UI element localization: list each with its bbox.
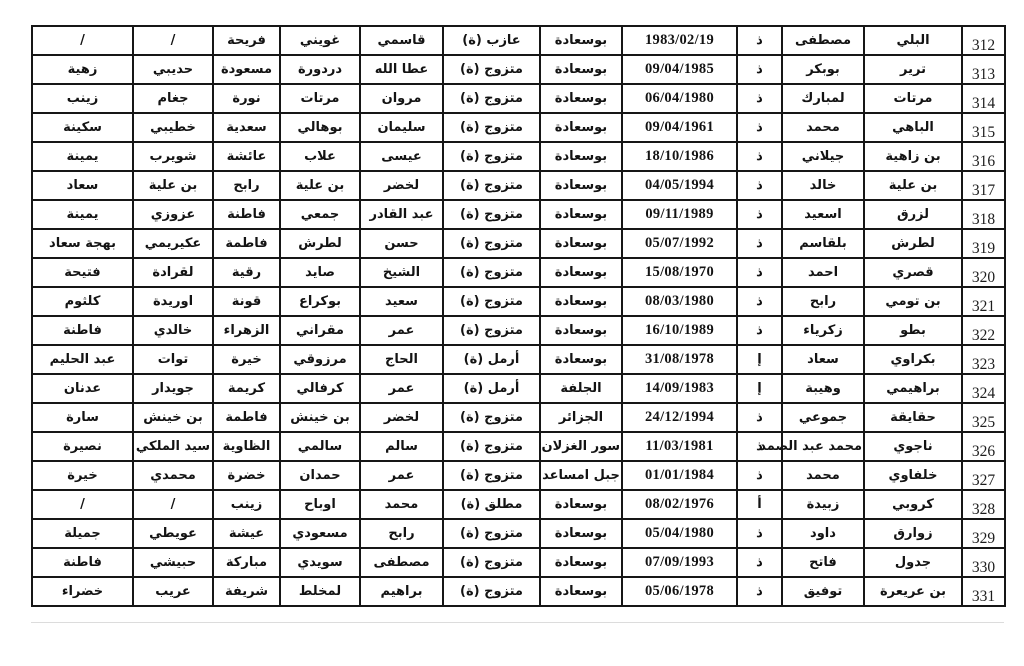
cell-first_name: محمد عبد الصمد — [782, 432, 864, 461]
cell-father_name: لخضر — [360, 403, 443, 432]
cell-marital_status: أرمل (ة) — [443, 374, 540, 403]
surname-value: ترير — [900, 62, 926, 77]
cell-num: 324 — [962, 374, 1005, 403]
cell-mother_surname: بوكراع — [280, 287, 360, 316]
cell-marital_status: متزوج (ة) — [443, 287, 540, 316]
cell-mother_name: رقية — [213, 258, 280, 287]
num-value: 321 — [972, 298, 995, 316]
cell-surname: بن تومي — [864, 287, 962, 316]
marital_status-value: متزوج (ة) — [460, 439, 523, 454]
cell-mother_surname: لمخلط — [280, 577, 360, 606]
first_name-value: لمبارك — [801, 91, 844, 106]
cell-spouse_surname: جويدار — [133, 374, 213, 403]
cell-marital_status: متزوج (ة) — [443, 461, 540, 490]
cell-gender: ذ — [737, 200, 782, 229]
cell-birth_place: بوسعادة — [540, 26, 622, 55]
cell-father_name: الحاج — [360, 345, 443, 374]
birth_place-value: بوسعادة — [555, 33, 607, 48]
cell-gender: ذ — [737, 316, 782, 345]
cell-spouse_surname: حديبي — [133, 55, 213, 84]
mother_name-value: كريمة — [228, 381, 265, 396]
cell-birth_place: بوسعادة — [540, 55, 622, 84]
mother_name-value: فاطنة — [227, 207, 266, 222]
cell-surname: لطرش — [864, 229, 962, 258]
cell-mother_name: سعدية — [213, 113, 280, 142]
cell-birth_place: بوسعادة — [540, 287, 622, 316]
spouse_surname-value: عزوزي — [151, 207, 195, 222]
spouse_surname-value: بن خينش — [143, 410, 202, 425]
cell-marital_status: متزوج (ة) — [443, 113, 540, 142]
father_name-value: سالم — [385, 439, 418, 454]
cell-marital_status: متزوج (ة) — [443, 432, 540, 461]
cell-mother_surname: سويدي — [280, 548, 360, 577]
cell-mother_name: فريحة — [213, 26, 280, 55]
cell-first_name: محمد — [782, 461, 864, 490]
birth_place-value: بوسعادة — [555, 352, 607, 367]
cell-spouse_name: عبد الحليم — [32, 345, 133, 374]
scanned-civil-registry-page: 312البليمصطفىذ1983/02/19بوسعادةعازب (ة)ق… — [0, 0, 1024, 666]
spouse_surname-value: / — [171, 33, 176, 48]
cell-mother_name: فاطمة — [213, 403, 280, 432]
first_name-value: جموعي — [799, 410, 847, 425]
cell-birth_place: بوسعادة — [540, 84, 622, 113]
cell-surname: ناجوي — [864, 432, 962, 461]
cell-mother_surname: مقراني — [280, 316, 360, 345]
cell-num: 329 — [962, 519, 1005, 548]
father_name-value: الشيخ — [383, 265, 420, 280]
spouse_name-value: / — [80, 33, 85, 48]
cell-birth_place: بوسعادة — [540, 258, 622, 287]
cell-first_name: وهيبة — [782, 374, 864, 403]
cell-birth_place: الجزائر — [540, 403, 622, 432]
cell-first_name: فاتح — [782, 548, 864, 577]
table-row: 325حقايقةجموعيذ24/12/1994الجزائرمتزوج (ة… — [32, 403, 1005, 432]
mother_name-value: مسعودة — [221, 62, 272, 77]
cell-first_name: جموعي — [782, 403, 864, 432]
gender-value: ذ — [756, 265, 763, 280]
cell-mother_surname: اوباح — [280, 490, 360, 519]
birth_date-value: 14/09/1983 — [645, 380, 714, 397]
cell-father_name: عبد القادر — [360, 200, 443, 229]
cell-num: 314 — [962, 84, 1005, 113]
spouse_name-value: زينب — [67, 91, 98, 106]
birth_place-value: بوسعادة — [555, 149, 607, 164]
num-value: 324 — [972, 385, 995, 403]
cell-first_name: جيلاني — [782, 142, 864, 171]
cell-spouse_name: نصيرة — [32, 432, 133, 461]
mother_surname-value: بن علية — [296, 178, 344, 193]
cell-surname: بكراوي — [864, 345, 962, 374]
spouse_name-value: كلثوم — [65, 294, 101, 309]
gender-value: ذ — [756, 207, 763, 222]
cell-marital_status: متزوج (ة) — [443, 171, 540, 200]
father_name-value: محمد — [385, 497, 419, 512]
cell-surname: حقايقة — [864, 403, 962, 432]
cell-birth_place: بوسعادة — [540, 519, 622, 548]
cell-spouse_surname: توات — [133, 345, 213, 374]
birth_date-value: 05/07/1992 — [645, 235, 714, 252]
marital_status-value: متزوج (ة) — [460, 207, 523, 222]
cell-birth_date: 05/07/1992 — [622, 229, 737, 258]
first_name-value: توفيق — [804, 584, 843, 599]
cell-father_name: عيسى — [360, 142, 443, 171]
cell-birth_date: 24/12/1994 — [622, 403, 737, 432]
gender-value: ذ — [756, 323, 763, 338]
gender-value: ذ — [756, 149, 763, 164]
cell-first_name: توفيق — [782, 577, 864, 606]
birth_place-value: بوسعادة — [555, 265, 607, 280]
cell-birth_date: 08/02/1976 — [622, 490, 737, 519]
cell-spouse_name: فاطنة — [32, 316, 133, 345]
surname-value: بكراوي — [891, 352, 936, 367]
birth_date-value: 24/12/1994 — [645, 409, 714, 426]
cell-gender: ذ — [737, 55, 782, 84]
cell-father_name: مصطفى — [360, 548, 443, 577]
num-value: 319 — [972, 240, 995, 258]
num-value: 326 — [972, 443, 995, 461]
spouse_surname-value: اوريدة — [153, 294, 193, 309]
cell-father_name: محمد — [360, 490, 443, 519]
cell-spouse_surname: سيد الملكي — [133, 432, 213, 461]
surname-value: لزرق — [897, 207, 929, 222]
birth_place-value: الجلفة — [560, 381, 601, 396]
mother_surname-value: مسعودي — [292, 526, 347, 541]
cell-first_name: رابح — [782, 287, 864, 316]
birth_date-value: 05/04/1980 — [645, 525, 714, 542]
cell-first_name: اسعيد — [782, 200, 864, 229]
cell-num: 327 — [962, 461, 1005, 490]
cell-birth_place: بوسعادة — [540, 548, 622, 577]
gender-value: ذ — [756, 526, 763, 541]
surname-value: حقايقة — [890, 410, 936, 425]
cell-father_name: سالم — [360, 432, 443, 461]
birth_date-value: 05/06/1978 — [645, 583, 714, 600]
spouse_name-value: سعاد — [67, 178, 99, 193]
spouse_name-value: فاطنة — [63, 323, 102, 338]
table-row: 316بن زاهيةجيلانيذ18/10/1986بوسعادةمتزوج… — [32, 142, 1005, 171]
cell-father_name: الشيخ — [360, 258, 443, 287]
cell-father_name: لخضر — [360, 171, 443, 200]
first_name-value: محمد — [806, 120, 840, 135]
mother_surname-value: بوهالي — [298, 120, 343, 135]
surname-value: قصري — [892, 265, 933, 280]
cell-birth_date: 05/04/1980 — [622, 519, 737, 548]
first_name-value: فاتح — [809, 555, 837, 570]
cell-surname: براهيمي — [864, 374, 962, 403]
cell-birth_date: 14/09/1983 — [622, 374, 737, 403]
cell-marital_status: متزوج (ة) — [443, 142, 540, 171]
cell-mother_surname: لطرش — [280, 229, 360, 258]
cell-num: 312 — [962, 26, 1005, 55]
cell-surname: مرتات — [864, 84, 962, 113]
cell-first_name: مصطفى — [782, 26, 864, 55]
cell-spouse_name: فتيحة — [32, 258, 133, 287]
surname-value: جدول — [895, 555, 931, 570]
spouse_name-value: يمينة — [66, 207, 98, 222]
surname-value: لطرش — [891, 236, 935, 251]
first_name-value: زكرياء — [803, 323, 843, 338]
cell-first_name: بلقاسم — [782, 229, 864, 258]
first_name-value: اسعيد — [804, 207, 841, 222]
num-value: 327 — [972, 472, 995, 490]
num-value: 312 — [972, 37, 995, 55]
cell-num: 316 — [962, 142, 1005, 171]
cell-first_name: زبيدة — [782, 490, 864, 519]
spouse_name-value: عدنان — [64, 381, 101, 396]
cell-birth_date: 09/04/1961 — [622, 113, 737, 142]
cell-spouse_name: / — [32, 26, 133, 55]
birth_place-value: بوسعادة — [555, 294, 607, 309]
surname-value: زوارق — [893, 526, 932, 541]
marital_status-value: متزوج (ة) — [460, 62, 523, 77]
gender-value: ذ — [756, 584, 763, 599]
num-value: 330 — [972, 559, 995, 577]
mother_surname-value: مرزوقي — [293, 352, 346, 367]
birth_date-value: 09/04/1961 — [645, 119, 714, 136]
spouse_name-value: عبد الحليم — [50, 352, 116, 367]
cell-birth_place: بوسعادة — [540, 345, 622, 374]
cell-birth_date: 04/05/1994 — [622, 171, 737, 200]
mother_surname-value: بن خينش — [290, 410, 349, 425]
cell-surname: الباهي — [864, 113, 962, 142]
cell-spouse_name: سارة — [32, 403, 133, 432]
cell-mother_name: فاطنة — [213, 200, 280, 229]
mother_surname-value: اوباح — [304, 497, 336, 512]
cell-first_name: داود — [782, 519, 864, 548]
cell-gender: ذ — [737, 577, 782, 606]
cell-mother_surname: سالمي — [280, 432, 360, 461]
father_name-value: لخضر — [384, 410, 419, 425]
num-value: 320 — [972, 269, 995, 287]
spouse_name-value: / — [80, 497, 85, 512]
cell-spouse_name: خضراء — [32, 577, 133, 606]
cell-mother_surname: علاب — [280, 142, 360, 171]
cell-gender: ذ — [737, 258, 782, 287]
mother_name-value: رقية — [232, 265, 261, 280]
birth_date-value: 08/03/1980 — [645, 293, 714, 310]
cell-num: 322 — [962, 316, 1005, 345]
scan-artifact-line — [31, 622, 1004, 623]
first_name-value: داود — [810, 526, 836, 541]
cell-mother_name: خيرة — [213, 345, 280, 374]
cell-father_name: عمر — [360, 461, 443, 490]
surname-value: بن تومي — [885, 294, 940, 309]
table-row: 313تريربوبكرذ09/04/1985بوسعادةمتزوج (ة)ع… — [32, 55, 1005, 84]
cell-spouse_name: / — [32, 490, 133, 519]
surname-value: بن زاهية — [885, 149, 940, 164]
marital_status-value: متزوج (ة) — [460, 149, 523, 164]
mother_name-value: نورة — [232, 91, 260, 106]
cell-marital_status: عازب (ة) — [443, 26, 540, 55]
spouse_surname-value: عويطي — [149, 526, 197, 541]
mother_name-value: فاطمة — [225, 236, 267, 251]
cell-birth_date: 15/08/1970 — [622, 258, 737, 287]
gender-value: ذ — [756, 178, 763, 193]
cell-mother_surname: جمعي — [280, 200, 360, 229]
table-row: 328كروبيزبيدةأ08/02/1976بوسعادةمطلق (ة)م… — [32, 490, 1005, 519]
first_name-value: وهيبة — [805, 381, 841, 396]
cell-num: 323 — [962, 345, 1005, 374]
cell-mother_name: نورة — [213, 84, 280, 113]
birth_date-value: 07/09/1993 — [645, 554, 714, 571]
num-value: 328 — [972, 501, 995, 519]
father_name-value: عمر — [389, 468, 415, 483]
cell-father_name: براهيم — [360, 577, 443, 606]
surname-value: مرتات — [894, 91, 933, 106]
cell-spouse_surname: عويطي — [133, 519, 213, 548]
father_name-value: سعيد — [385, 294, 418, 309]
surname-value: براهيمي — [886, 381, 940, 396]
gender-value: ذ — [756, 555, 763, 570]
cell-birth_date: 09/04/1985 — [622, 55, 737, 84]
cell-mother_name: الزهراء — [213, 316, 280, 345]
birth_place-value: بوسعادة — [555, 178, 607, 193]
cell-surname: ترير — [864, 55, 962, 84]
cell-spouse_surname: عريب — [133, 577, 213, 606]
cell-birth_place: جبل امساعد — [540, 461, 622, 490]
birth_place-value: بوسعادة — [555, 526, 607, 541]
cell-marital_status: متزوج (ة) — [443, 519, 540, 548]
num-value: 325 — [972, 414, 995, 432]
mother_name-value: الزهراء — [224, 323, 270, 338]
num-value: 329 — [972, 530, 995, 548]
mother_name-value: فاطمة — [225, 410, 267, 425]
spouse_surname-value: جغام — [157, 91, 188, 106]
mother_surname-value: مرتات — [301, 91, 340, 106]
surname-value: البلي — [896, 33, 929, 48]
cell-surname: خلفاوي — [864, 461, 962, 490]
gender-value: ذ — [756, 120, 763, 135]
table-row: 322بطوزكرياءذ16/10/1989بوسعادةمتزوج (ة)ع… — [32, 316, 1005, 345]
cell-first_name: زكرياء — [782, 316, 864, 345]
cell-spouse_surname: بن خينش — [133, 403, 213, 432]
mother_name-value: شريفة — [225, 584, 268, 599]
cell-marital_status: أرمل (ة) — [443, 345, 540, 374]
birth_place-value: بوسعادة — [555, 91, 607, 106]
cell-num: 325 — [962, 403, 1005, 432]
gender-value: أ — [757, 497, 761, 512]
birth_place-value: الجزائر — [559, 410, 603, 425]
mother_name-value: مباركة — [226, 555, 267, 570]
cell-marital_status: متزوج (ة) — [443, 577, 540, 606]
gender-value: ذ — [756, 439, 763, 454]
spouse_name-value: نصيرة — [63, 439, 102, 454]
spouse_name-value: سكينة — [63, 120, 102, 135]
cell-num: 326 — [962, 432, 1005, 461]
records-table: 312البليمصطفىذ1983/02/19بوسعادةعازب (ة)ق… — [31, 25, 1006, 607]
cell-mother_name: مباركة — [213, 548, 280, 577]
cell-birth_place: بوسعادة — [540, 577, 622, 606]
cell-spouse_surname: بن علية — [133, 171, 213, 200]
cell-spouse_name: زهية — [32, 55, 133, 84]
gender-value: ذ — [756, 468, 763, 483]
birth_date-value: 06/04/1980 — [645, 90, 714, 107]
first_name-value: محمد — [806, 468, 840, 483]
cell-spouse_name: زينب — [32, 84, 133, 113]
cell-spouse_name: بهجة سعاد — [32, 229, 133, 258]
birth_date-value: 31/08/1978 — [645, 351, 714, 368]
cell-surname: لزرق — [864, 200, 962, 229]
cell-mother_surname: مرزوقي — [280, 345, 360, 374]
cell-spouse_name: سكينة — [32, 113, 133, 142]
spouse_name-value: بهجة سعاد — [49, 236, 116, 251]
surname-value: الباهي — [892, 120, 934, 135]
cell-birth_date: 06/04/1980 — [622, 84, 737, 113]
first_name-value: مصطفى — [795, 33, 851, 48]
father_name-value: عمر — [389, 323, 415, 338]
num-value: 317 — [972, 182, 995, 200]
cell-birth_date: 1983/02/19 — [622, 26, 737, 55]
table-row: 321بن توميرابحذ08/03/1980بوسعادةمتزوج (ة… — [32, 287, 1005, 316]
cell-gender: ذ — [737, 26, 782, 55]
mother_surname-value: جمعي — [301, 207, 340, 222]
marital_status-value: متزوج (ة) — [460, 120, 523, 135]
father_name-value: مروان — [382, 91, 422, 106]
cell-gender: ذ — [737, 113, 782, 142]
birth_date-value: 09/11/1989 — [645, 206, 713, 223]
birth_place-value: جبل امساعد — [542, 468, 620, 483]
spouse_surname-value: عريب — [155, 584, 191, 599]
mother_surname-value: غويني — [300, 33, 340, 48]
cell-mother_name: رابح — [213, 171, 280, 200]
cell-num: 315 — [962, 113, 1005, 142]
cell-marital_status: متزوج (ة) — [443, 200, 540, 229]
cell-spouse_surname: شويرب — [133, 142, 213, 171]
cell-surname: بطو — [864, 316, 962, 345]
marital_status-value: متزوج (ة) — [460, 236, 523, 251]
cell-surname: زوارق — [864, 519, 962, 548]
first_name-value: بلقاسم — [799, 236, 846, 251]
birth_place-value: بوسعادة — [555, 497, 607, 512]
cell-spouse_name: يمينة — [32, 200, 133, 229]
birth_place-value: سور الغزلان — [542, 439, 620, 454]
birth_date-value: 15/08/1970 — [645, 264, 714, 281]
birth_date-value: 11/03/1981 — [645, 438, 713, 455]
cell-spouse_name: جميلة — [32, 519, 133, 548]
father_name-value: براهيم — [381, 584, 423, 599]
table-row: 326ناجويمحمد عبد الصمدذ11/03/1981سور الغ… — [32, 432, 1005, 461]
spouse_surname-value: عكيريمي — [145, 236, 202, 251]
birth_date-value: 16/10/1989 — [645, 322, 714, 339]
cell-birth_place: بوسعادة — [540, 142, 622, 171]
cell-marital_status: متزوج (ة) — [443, 258, 540, 287]
cell-mother_surname: كرفالي — [280, 374, 360, 403]
cell-mother_name: عائشة — [213, 142, 280, 171]
cell-surname: كروبي — [864, 490, 962, 519]
cell-first_name: احمد — [782, 258, 864, 287]
mother_surname-value: كرفالي — [296, 381, 343, 396]
cell-father_name: حسن — [360, 229, 443, 258]
cell-num: 321 — [962, 287, 1005, 316]
mother_name-value: زينب — [231, 497, 262, 512]
spouse_surname-value: جويدار — [152, 381, 194, 396]
cell-mother_surname: حمدان — [280, 461, 360, 490]
cell-spouse_surname: خطيبي — [133, 113, 213, 142]
cell-surname: جدول — [864, 548, 962, 577]
spouse_surname-value: بن علية — [149, 178, 197, 193]
birth_date-value: 1983/02/19 — [645, 32, 714, 49]
cell-birth_place: بوسعادة — [540, 229, 622, 258]
cell-mother_name: قونة — [213, 287, 280, 316]
table-row: 319لطرشبلقاسمذ05/07/1992بوسعادةمتزوج (ة)… — [32, 229, 1005, 258]
cell-mother_surname: دردورة — [280, 55, 360, 84]
birth_place-value: بوسعادة — [555, 207, 607, 222]
cell-gender: إ — [737, 374, 782, 403]
marital_status-value: أرمل (ة) — [464, 352, 520, 367]
spouse_name-value: يمينة — [66, 149, 98, 164]
cell-spouse_surname: اوريدة — [133, 287, 213, 316]
cell-first_name: محمد — [782, 113, 864, 142]
